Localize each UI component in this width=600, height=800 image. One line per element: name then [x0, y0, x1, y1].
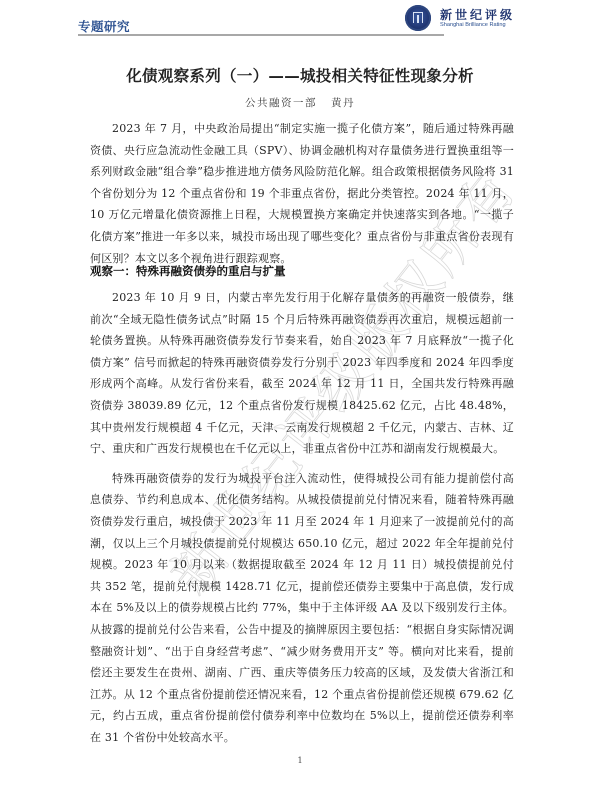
logo-emblem-icon	[413, 12, 423, 23]
author-department: 公共融资一部	[245, 97, 317, 109]
section-heading-observation-1: 观察一：特殊再融资债券的重启与扩量	[90, 263, 286, 279]
brand-name-cn: 新世纪评级	[440, 6, 515, 23]
brand-name-en: Shanghai Brilliance Rating	[440, 22, 506, 28]
intro-section: 2023 年 7 月，中央政治局提出“制定实施一揽子化债方案”，随后通过特殊再融…	[90, 118, 514, 269]
body-paragraph: 特殊再融资债券的发行为城投平台注入流动性，使得城投公司有能力提前偿付高息债券、节…	[90, 468, 514, 749]
section-1-body: 2023 年 10 月 9 日，内蒙古率先发行用于化解存量债务的再融资一般债券，…	[90, 287, 514, 748]
page-number: 1	[0, 756, 600, 765]
brilliance-rating-logo-icon	[405, 5, 431, 31]
page-header: 专题研究	[78, 0, 444, 36]
document-title: 化债观察系列（一）——城投相关特征性现象分析	[0, 64, 600, 86]
author-name: 黄丹	[331, 97, 355, 109]
body-paragraph: 2023 年 10 月 9 日，内蒙古率先发行用于化解存量债务的再融资一般债券，…	[90, 287, 514, 460]
intro-paragraph: 2023 年 7 月，中央政治局提出“制定实施一揽子化债方案”，随后通过特殊再融…	[90, 118, 514, 269]
header-section-label: 专题研究	[78, 17, 130, 35]
document-page: 专题研究 新世纪评级 Shanghai Brilliance Rating 新世…	[0, 0, 600, 800]
author-line: 公共融资一部黄丹	[0, 95, 600, 110]
header-divider	[78, 34, 444, 36]
